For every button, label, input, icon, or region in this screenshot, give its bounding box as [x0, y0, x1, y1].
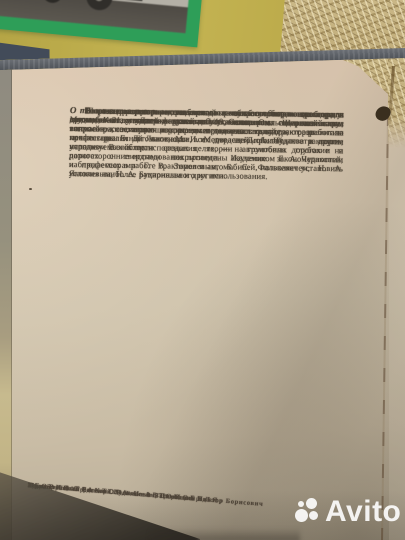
- logo-circle: [295, 509, 308, 522]
- logo-circle: [306, 498, 317, 509]
- wheel-hub: [94, 0, 104, 2]
- logo-circle: [298, 501, 304, 507]
- page-edge-strip: [389, 112, 405, 540]
- vehicle-photo: [0, 0, 195, 33]
- logo-circle: [309, 511, 318, 520]
- bottom-edge-shadow: [150, 528, 300, 540]
- book-listing-photo: От авторов Теория трактора и автомобиля …: [0, 0, 405, 540]
- avito-watermark: Avito: [295, 492, 405, 534]
- top-background-strip: [0, 0, 405, 70]
- avito-logo-icon: [295, 498, 323, 528]
- paper-speck: [29, 188, 32, 190]
- avito-wordmark: Avito: [325, 492, 401, 532]
